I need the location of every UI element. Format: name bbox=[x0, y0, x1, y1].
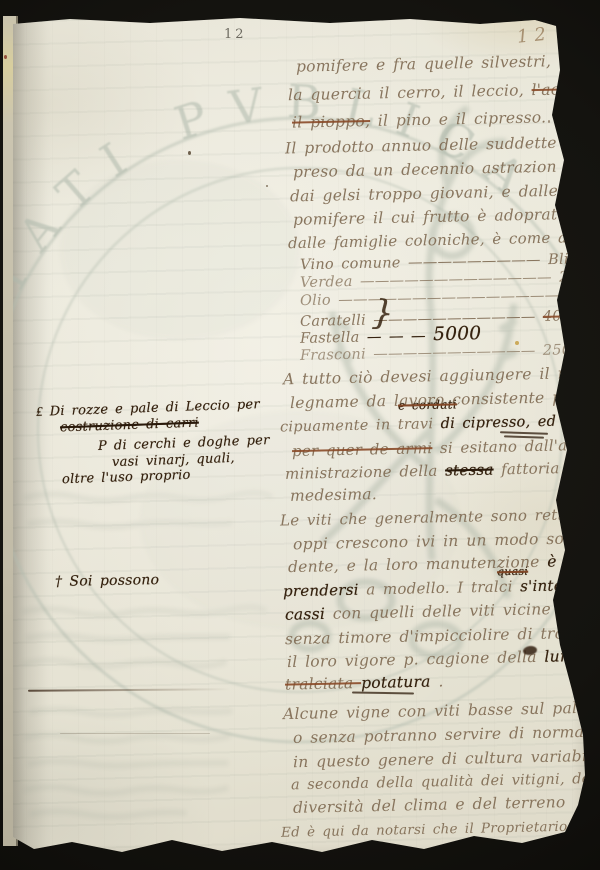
handwriting-segment: pomifere il cui frutto è adoprato bbox=[293, 205, 567, 229]
handwriting-segment: † Soi possono bbox=[55, 572, 160, 590]
manuscript-line: diversità del clima e del terreno bbox=[293, 795, 566, 816]
manuscript-line: il loro vigore p. cagione della lunga bbox=[287, 649, 590, 671]
handwriting-segment: a modello. I tralci bbox=[359, 577, 521, 598]
manuscript-line: Le viti che generalmente sono rette dagl… bbox=[280, 506, 600, 528]
manuscript-line: in questo genere di cultura variabile bbox=[293, 749, 600, 771]
handwriting-segment: Alcune vigne con viti basse sul palo bbox=[283, 699, 587, 723]
handwriting-segment: preso da un decennio astrazion fatta bbox=[293, 157, 600, 181]
manuscript-line: prendersi a modello. I tralci s'interse- bbox=[283, 578, 593, 599]
handwriting-segment: l'acacia, bbox=[531, 80, 598, 99]
interline-insertion: e cordati bbox=[398, 398, 457, 411]
handwriting-segment: e cordati bbox=[398, 397, 457, 412]
handwriting-segment: il pioppo, bbox=[292, 112, 371, 132]
handwriting-segment: ministrazione della bbox=[285, 462, 445, 483]
handwriting-segment: Fastella bbox=[300, 330, 367, 347]
handwriting-segment: il loro vigore p. cagione della bbox=[287, 648, 545, 671]
handwriting-segment: la quercia il cerro, il leccio, bbox=[288, 81, 532, 104]
manuscript-line: a seconda della qualità dei vitigni, del… bbox=[291, 772, 600, 793]
manuscript-line: medesima. bbox=[290, 487, 377, 504]
handwriting-segment: potatura bbox=[361, 673, 431, 692]
handwriting-segment: fattoria bbox=[493, 459, 559, 478]
handwriting-segment: medesima. bbox=[290, 485, 377, 505]
margin-note: † Soi possono bbox=[55, 573, 160, 589]
handwriting-segment: di cipresso, ed querce bbox=[440, 412, 600, 432]
manuscript-line: Olio ———————————————— 78 bbox=[300, 288, 600, 309]
handwriting-segment: a seconda della qualità dei vitigni, del… bbox=[291, 771, 600, 794]
handwriting-segment: è da bbox=[547, 552, 584, 571]
manuscript-line: pomifere il cui frutto è adoprato bbox=[293, 207, 567, 228]
manuscript-line: cipuamente in travi di cipresso, ed quer… bbox=[280, 413, 600, 435]
handwriting-segment: il pino e il cipresso. bbox=[370, 108, 546, 130]
manuscript-line: dalle famiglie coloniche, è come app.º bbox=[288, 230, 599, 252]
handwriting-segment: vasi vinarj, quali, bbox=[112, 451, 235, 470]
manuscript-page: RITATI PVBLICA bbox=[0, 0, 600, 870]
handwriting-segment: dai gelsi troppo giovani, e dalle piante bbox=[290, 181, 600, 206]
binding-speck bbox=[4, 55, 7, 59]
handwriting-segment: oppi crescono ivi in un modo sorpren- bbox=[293, 529, 600, 554]
manuscript-line: A tutto ciò devesi aggiungere il molto bbox=[283, 366, 600, 388]
handwriting-segment: cipuamente in travi bbox=[280, 416, 441, 435]
handwriting-segment: prendersi bbox=[283, 581, 359, 601]
handwriting-segment: P di cerchi e doghe per bbox=[98, 433, 270, 454]
handwriting-segment: per quer de armi bbox=[292, 439, 433, 460]
manuscript-line: Ed è qui da notarsi che il Proprietario … bbox=[281, 819, 600, 840]
handwriting-segment: tralciata bbox=[285, 674, 361, 694]
handwriting-segment: 75 bbox=[562, 304, 587, 326]
handwriting-segment: . bbox=[431, 672, 444, 690]
manuscript-line: dai gelsi troppo giovani, e dalle piante bbox=[290, 183, 600, 205]
manuscript-line: dente, e la loro manutenzione è da bbox=[288, 554, 584, 576]
handwriting-segment: 5000 bbox=[433, 323, 482, 345]
handwriting-segment: cassi bbox=[285, 605, 325, 624]
manuscript-line: la quercia il cerro, il leccio, l'acacia… bbox=[288, 82, 598, 104]
handwriting-segment: oltre l'uso proprio bbox=[62, 468, 191, 487]
handwriting-segment: si esitano dall'am- bbox=[432, 436, 587, 457]
handwriting-segment: 40 bbox=[543, 309, 562, 325]
handwriting-segment: A tutto ciò devesi aggiungere il molto bbox=[283, 364, 600, 389]
manuscript-line: senza timore d'impicciolire di troppo bbox=[285, 626, 594, 648]
manuscript-line: tralciata potatura . bbox=[285, 674, 444, 693]
interline-insertion: quasi bbox=[497, 566, 528, 578]
manuscript-line: o senza potranno servire di norma bbox=[293, 725, 584, 747]
list-brace: } bbox=[371, 295, 395, 330]
margin-note: P di cerchi e doghe per bbox=[98, 434, 270, 453]
margin-note: vasi vinarj, quali, bbox=[112, 452, 235, 469]
handwriting-segment: Ed è qui da notarsi che il Proprietario … bbox=[281, 817, 600, 841]
manuscript-line: ministrazione della stessa fattoria bbox=[285, 461, 560, 482]
handwriting-segment: diversità del clima e del terreno bbox=[293, 793, 566, 817]
margin-note: oltre l'uso proprio bbox=[62, 469, 191, 486]
handwriting-segment: con quelli delle viti vicine bbox=[325, 600, 551, 623]
margin-note: costruzione di carri bbox=[60, 417, 199, 435]
manuscript-line: oppi crescono ivi in un modo sorpren- bbox=[293, 531, 600, 553]
handwriting-segment: in questo genere di cultura variabile bbox=[293, 747, 600, 771]
manuscript-line: il pioppo, il pino e il cipresso. bbox=[292, 110, 547, 131]
manuscript-line: pomifere e fra quelle silvestri, bbox=[296, 54, 551, 75]
manuscript-line: per quer de armi si esitano dall'am- bbox=[292, 438, 587, 459]
manuscript-line: Alcune vigne con viti basse sul palo bbox=[283, 701, 587, 723]
handwriting-segment: s'interse- bbox=[520, 576, 593, 596]
handwriting-segment: costruzione di carri bbox=[60, 416, 199, 436]
handwriting-segment: lunga bbox=[544, 647, 590, 666]
manuscript-line: Frasconi ——————————— 2500 bbox=[300, 343, 581, 363]
margin-note: ₤ Di rozze e pale di Leccio per bbox=[36, 398, 260, 419]
handwriting-segment: Le viti che generalmente sono rette dagl… bbox=[280, 504, 600, 529]
handwriting-segment: Il prodotto annuo delle suddette piante bbox=[285, 133, 600, 158]
handwriting-segment: pomifere e fra quelle silvestri, bbox=[296, 52, 551, 75]
handwriting-segment: senza timore d'impicciolire di troppo bbox=[285, 624, 594, 648]
handwriting-segment: stessa bbox=[445, 461, 494, 480]
handwriting-segment: } bbox=[371, 292, 396, 333]
manuscript-scan-photo: RITATI PVBLICA bbox=[0, 0, 600, 870]
manuscript-line: cassi con quelli delle viti vicine bbox=[285, 602, 551, 623]
manuscript-line: preso da un decennio astrazion fatta bbox=[293, 159, 600, 181]
manuscript-line: Il prodotto annuo delle suddette piante bbox=[285, 135, 600, 157]
handwriting-segment: dalle famiglie coloniche, è come app.º bbox=[288, 228, 600, 253]
handwriting-segment: o senza potranno servire di norma bbox=[293, 723, 584, 747]
